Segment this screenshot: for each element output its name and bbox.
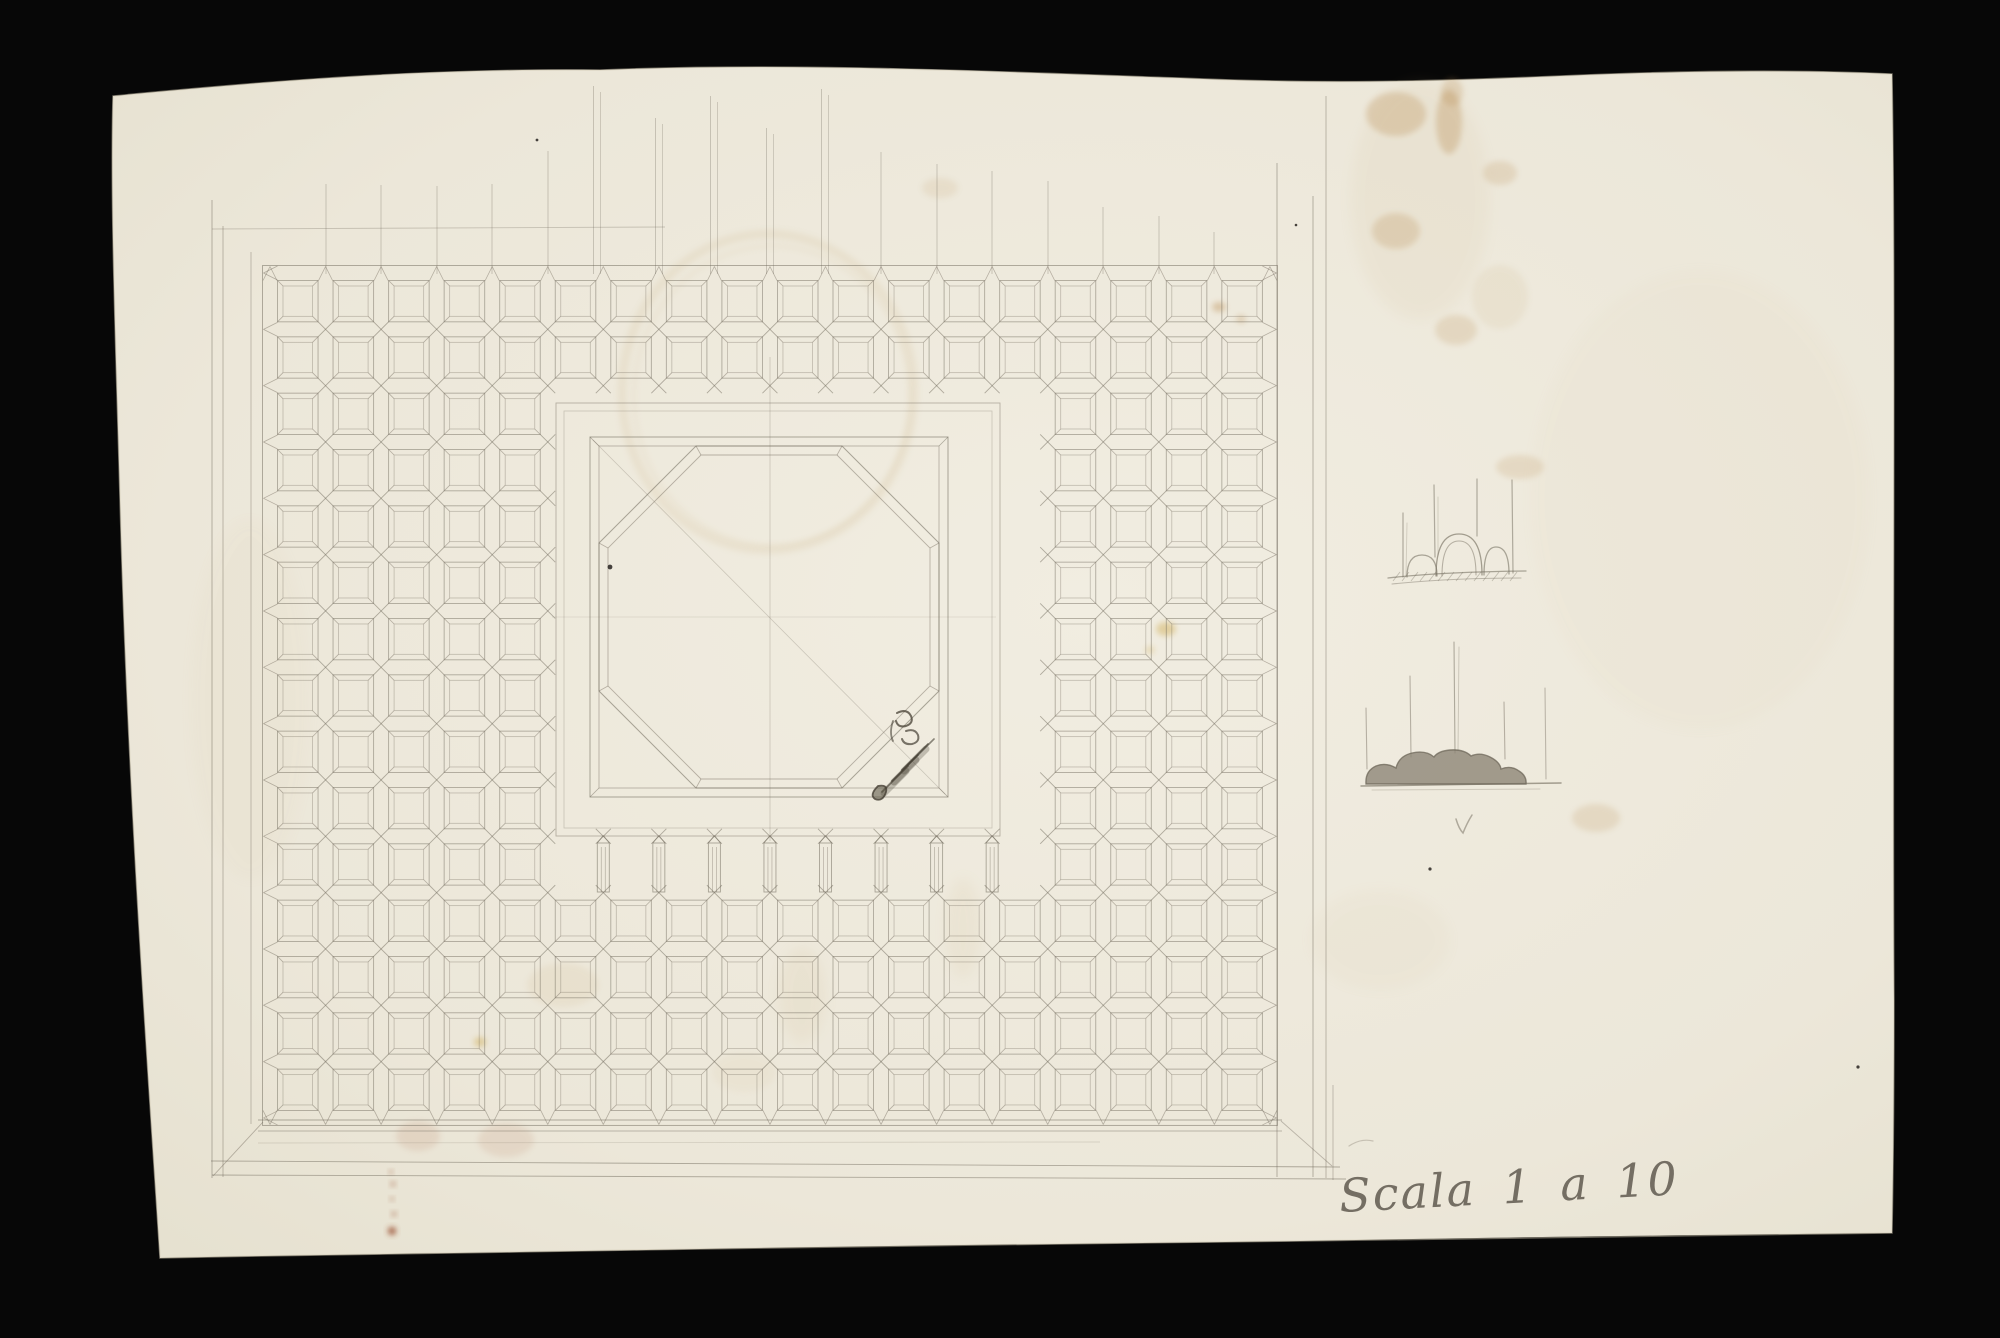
- drawing-canvas: Scala 1 a 10: [0, 0, 2000, 1338]
- photographed-drawing-scan: Scala 1 a 10: [0, 0, 2000, 1338]
